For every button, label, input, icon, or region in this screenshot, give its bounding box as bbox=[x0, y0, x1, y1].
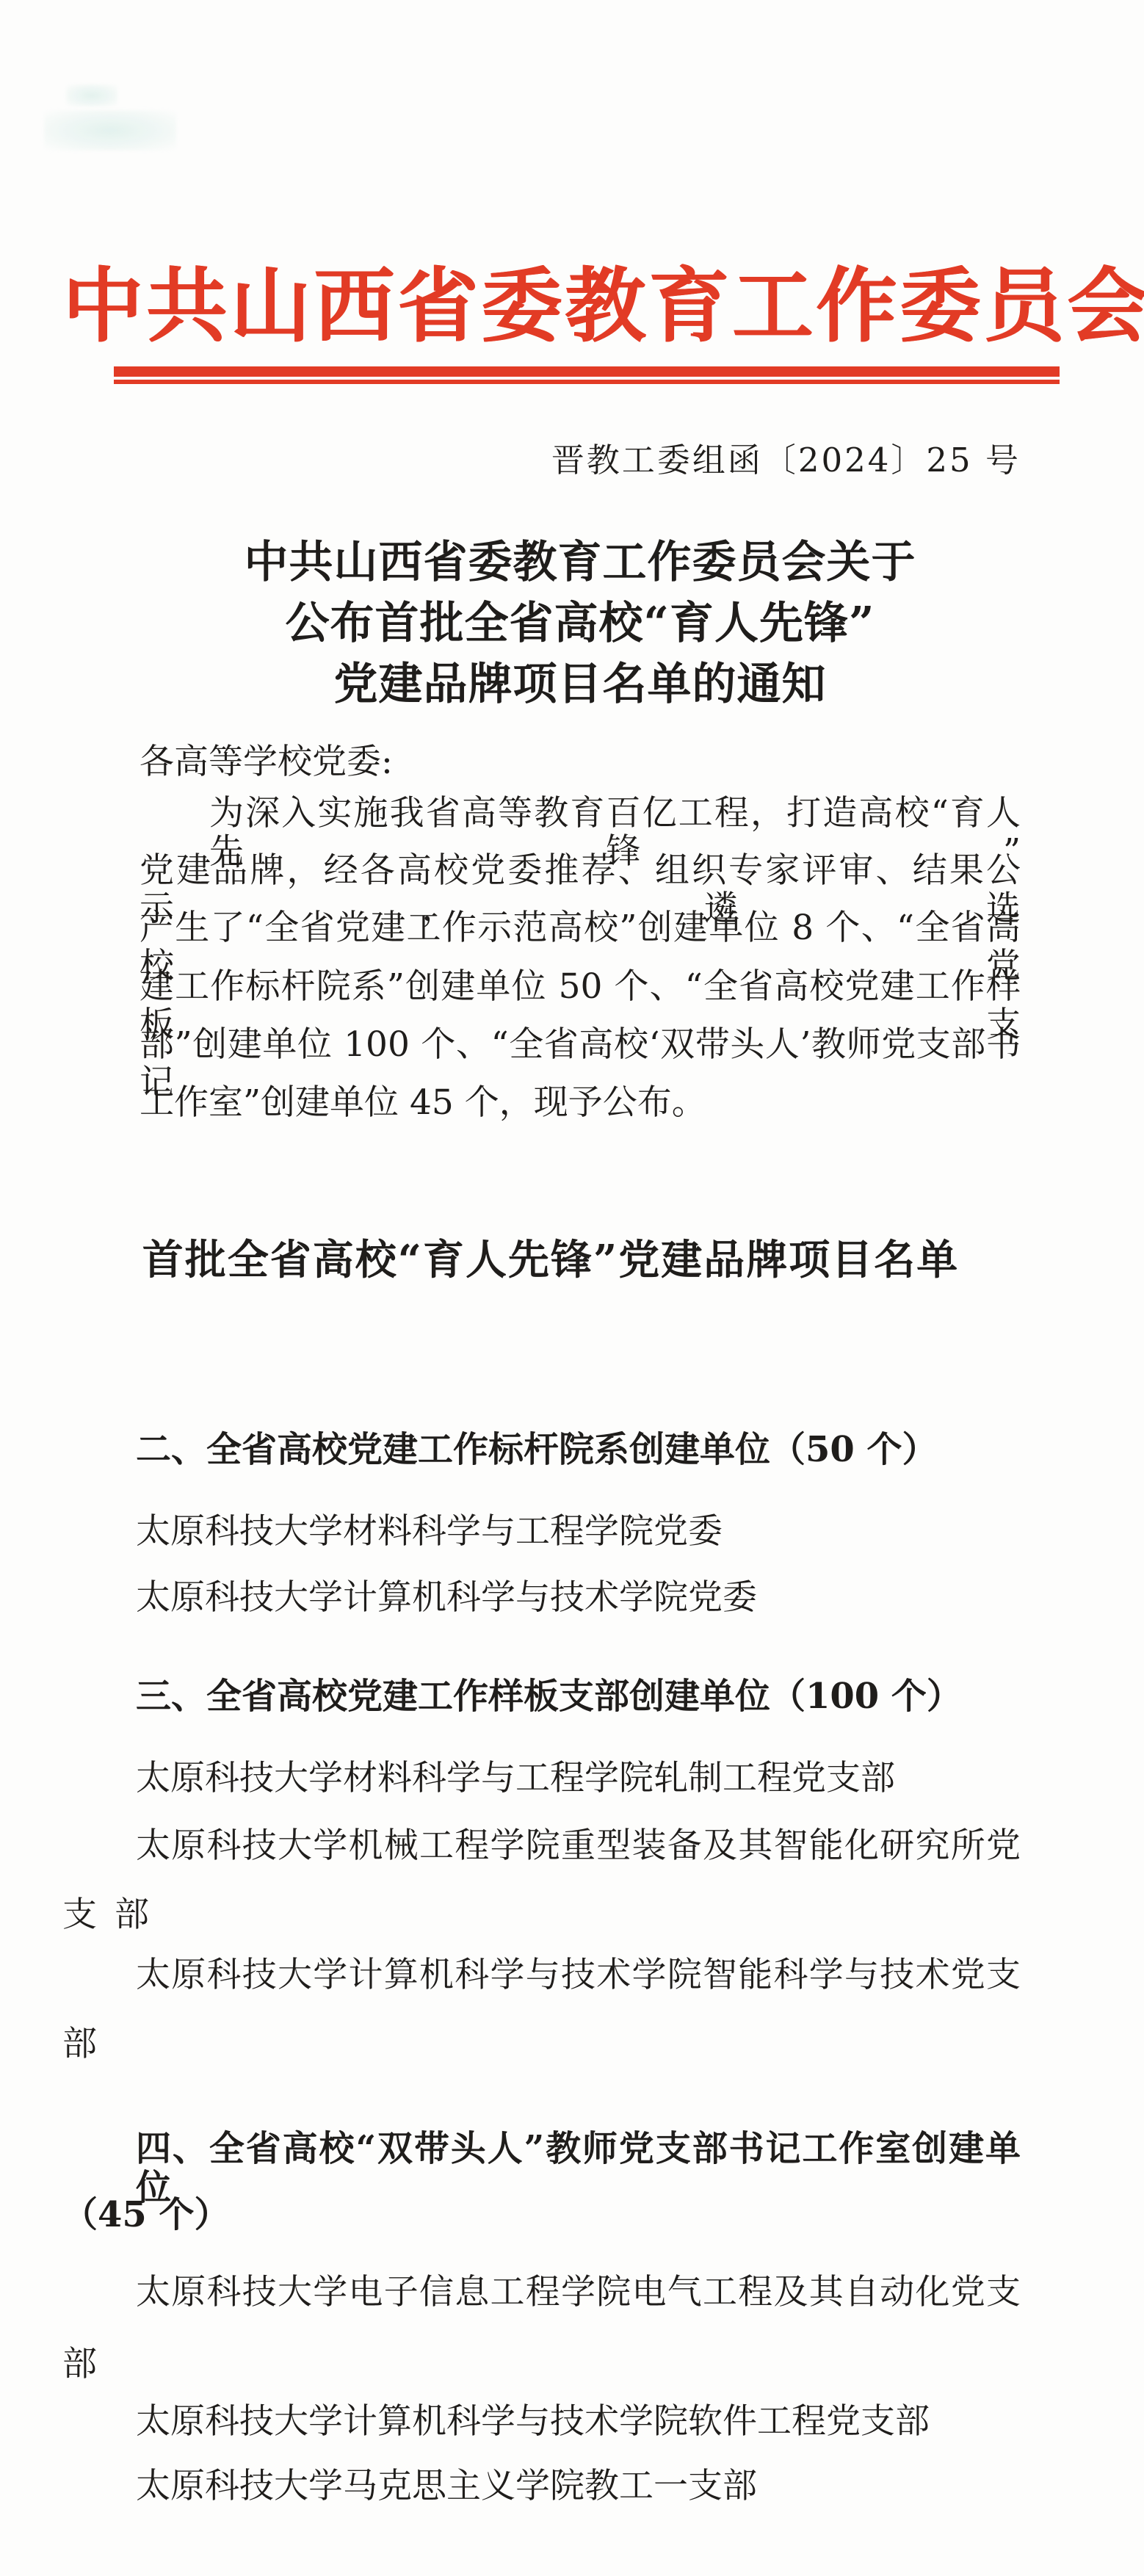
salutation: 各高等学校党委: bbox=[140, 743, 393, 781]
list-item-continuation: 部 bbox=[62, 2025, 97, 2063]
section-3-heading: 三、全省高校党建工作样板支部创建单位（100 个） bbox=[136, 1677, 962, 1716]
letterhead-rule-thick bbox=[114, 366, 1060, 377]
appendix-heading: 首批全省高校“育人先锋”党建品牌项目名单 bbox=[62, 1238, 1039, 1284]
list-item-continuation: 支部 bbox=[62, 1896, 167, 1934]
letterhead-org-name: 中共山西省委教育工作委员会 bbox=[62, 258, 1083, 354]
scan-smudge bbox=[66, 84, 117, 106]
doc-number: 晋教工委组函〔2024〕25 号 bbox=[140, 433, 1021, 481]
list-item: 太原科技大学马克思主义学院教工一支部 bbox=[136, 2467, 757, 2506]
notice-title-line-2: 公布首批全省高校“育人先锋” bbox=[140, 588, 1021, 651]
section-4-heading-continuation: （45 个） bbox=[62, 2196, 230, 2235]
body-line: 工作室”创建单位 45 个，现予公布。 bbox=[140, 1084, 706, 1122]
section-2-heading: 二、全省高校党建工作标杆院系创建单位（50 个） bbox=[136, 1430, 938, 1469]
list-item-continuation: 部 bbox=[62, 2345, 97, 2384]
list-item: 太原科技大学计算机科学与技术学院党委 bbox=[136, 1579, 757, 1617]
section-4-heading: 四、全省高校“双带头人”教师党支部书记工作室创建单位 bbox=[136, 2130, 1021, 2207]
notice-title-line-1: 中共山西省委教育工作委员会关于 bbox=[140, 527, 1021, 590]
letterhead-rule-thin bbox=[114, 380, 1060, 384]
list-item: 太原科技大学材料科学与工程学院轧制工程党支部 bbox=[136, 1759, 895, 1798]
list-item: 太原科技大学电子信息工程学院电气工程及其自动化党支 bbox=[136, 2273, 1021, 2312]
list-item: 太原科技大学计算机科学与技术学院智能科学与技术党支 bbox=[136, 1956, 1021, 1994]
list-item: 太原科技大学材料科学与工程学院党委 bbox=[136, 1513, 723, 1551]
document-page: 中共山西省委教育工作委员会 晋教工委组函〔2024〕25 号 中共山西省委教育工… bbox=[0, 0, 1144, 2576]
list-item: 太原科技大学机械工程学院重型装备及其智能化研究所党 bbox=[136, 1827, 1021, 1865]
scan-smudge bbox=[44, 110, 176, 151]
notice-title-line-3: 党建品牌项目名单的通知 bbox=[140, 649, 1021, 712]
list-item: 太原科技大学计算机科学与技术学院软件工程党支部 bbox=[136, 2403, 930, 2441]
